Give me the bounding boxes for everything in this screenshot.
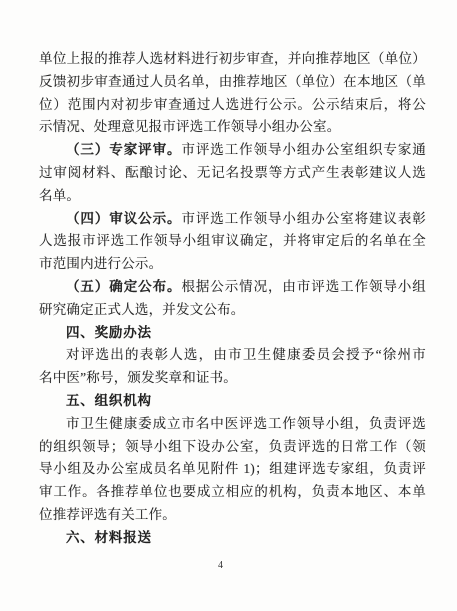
text-line: 对评选出的表彰人选，由市卫生健康委员会授予“徐州市 [39,344,426,367]
text-line: 研究确定正式人选，并发文公布。 [39,299,426,322]
text-line: （四）审议公示。市评选工作领导小组办公室将建议表彰 [39,208,426,231]
line-text: 单位上报的推荐人选材料进行初步审查，并向推荐地区（单位） [39,51,426,66]
text-line: 名单。 [39,185,426,208]
text-line: （三）专家评审。市评选工作领导小组办公室组织专家通 [39,139,426,162]
section-heading: 六、材料报送 [39,527,426,550]
line-text: 示情况、处理意见报市评选工作领导小组办公室。 [39,119,340,134]
text-line: 位推荐评选有关工作。 [39,504,426,527]
line-text: 名中医”称号，颁发奖章和证书。 [39,370,237,385]
text-line: 市卫生健康委成立市名中医评选工作领导小组，负责评选 [39,413,426,436]
text-line: 位）范围内对初步审查通过人选进行公示。公示结束后，将公 [39,94,426,117]
line-text: 人选报市评选工作领导小组审议确定，并将审定后的名单在全 [39,233,426,248]
line-text: 对评选出的表彰人选，由市卫生健康委员会授予“徐州市 [66,347,426,362]
heading-text: 六、材料报送 [66,530,152,545]
line-text: 市卫生健康委成立市名中医评选工作领导小组，负责评选 [66,416,426,431]
paragraph-lead: （四）审议公示。 [66,211,181,226]
line-text: 市评选工作领导小组办公室组织专家通 [181,142,426,157]
text-line: 示情况、处理意见报市评选工作领导小组办公室。 [39,116,426,139]
section-heading: 四、奖励办法 [39,322,426,345]
text-line: 单位上报的推荐人选材料进行初步审查，并向推荐地区（单位） [39,48,426,71]
text-line: 市范围内进行公示。 [39,253,426,276]
document-page: 单位上报的推荐人选材料进行初步审查，并向推荐地区（单位） 反馈初步审查通过人员名… [0,0,457,611]
text-line: 过审阅材料、酝酿讨论、无记名投票等方式产生表彰建议人选 [39,162,426,185]
line-text: 审工作。各推荐单位也要成立相应的机构，负责本地区、本单 [39,484,426,499]
text-line: 反馈初步审查通过人员名单，由推荐地区（单位）在本地区（单 [39,71,426,94]
paragraph-lead: （三）专家评审。 [66,142,181,157]
line-text: 研究确定正式人选，并发文公布。 [39,302,245,317]
heading-text: 四、奖励办法 [66,325,152,340]
text-line: 的组织领导；领导小组下设办公室，负责评选的日常工作（领 [39,436,426,459]
line-text: 根据公示情况，由市评选工作领导小组 [181,279,426,294]
line-text: 反馈初步审查通过人员名单，由推荐地区（单位）在本地区（单 [39,74,426,89]
page-number: 4 [0,560,449,571]
document-body: 单位上报的推荐人选材料进行初步审查，并向推荐地区（单位） 反馈初步审查通过人员名… [39,48,426,550]
line-text: 市范围内进行公示。 [39,256,162,271]
text-line: 导小组及办公室成员名单见附件 1)；组建评选专家组，负责评 [39,458,426,481]
line-text: 的组织领导；领导小组下设办公室，负责评选的日常工作（领 [39,439,426,454]
heading-text: 五、组织机构 [66,393,152,408]
text-line: 名中医”称号，颁发奖章和证书。 [39,367,426,390]
text-line: 审工作。各推荐单位也要成立相应的机构，负责本地区、本单 [39,481,426,504]
text-line: 人选报市评选工作领导小组审议确定，并将审定后的名单在全 [39,230,426,253]
line-text: 位）范围内对初步审查通过人选进行公示。公示结束后，将公 [39,97,426,112]
section-heading: 五、组织机构 [39,390,426,413]
text-line: （五）确定公布。根据公示情况，由市评选工作领导小组 [39,276,426,299]
line-text: 导小组及办公室成员名单见附件 1)；组建评选专家组，负责评 [39,461,426,476]
line-text: 名单。 [39,188,80,203]
line-text: 位推荐评选有关工作。 [39,507,176,522]
line-text: 过审阅材料、酝酿讨论、无记名投票等方式产生表彰建议人选 [39,165,426,180]
line-text: 市评选工作领导小组办公室将建议表彰 [181,211,426,226]
paragraph-lead: （五）确定公布。 [66,279,181,294]
